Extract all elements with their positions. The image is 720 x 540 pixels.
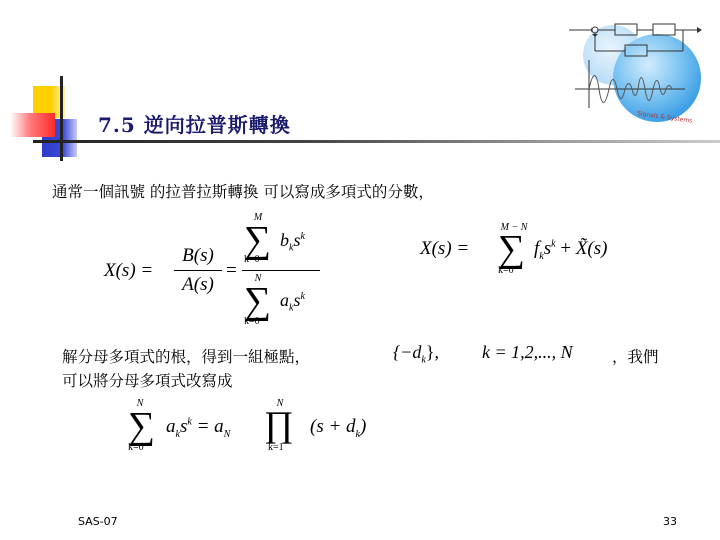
eq2-x-tilde: X̃ — [576, 238, 588, 259]
eq3-sup: k — [187, 417, 191, 428]
eq1-fraction-bar-1 — [174, 270, 222, 271]
eq1-equals: = — [226, 260, 237, 282]
eq1-num-coef: b — [280, 230, 289, 250]
roots-text-continued: ，我們 — [612, 345, 659, 367]
eq3-pi: ∏ — [264, 406, 294, 442]
title-decoration-red — [10, 113, 55, 137]
roots-text: 解分母多項式的根，得到一組極點， — [62, 345, 310, 367]
eq1-den-sup: k — [300, 291, 304, 302]
eq2-lower-limit: k=0 — [498, 265, 514, 276]
eq2-plus: + — [560, 238, 571, 259]
eq1-den-coef: a — [280, 290, 289, 310]
eq3-prod-lower: k=1 — [268, 442, 284, 453]
eq3-sum-lower: k=0 — [128, 442, 144, 453]
eq3-equals-aN: = a — [197, 416, 224, 437]
eq2-sup: k — [551, 239, 555, 250]
footer-course-code: SAS-07 — [78, 515, 118, 528]
eq1-den-lower-limit: k=0 — [244, 316, 260, 327]
eq2-lhs: X(s) = — [420, 238, 469, 260]
signals-systems-logo: Signals & Systems — [565, 12, 715, 132]
equation-factored-denominator: N ∑ k=0 aksk = aN N ∏ k=1 (s + dk) — [124, 398, 404, 464]
eq3-factor: (s + d — [310, 416, 356, 437]
slide-title: 7.5 逆向拉普斯轉換 — [98, 109, 291, 138]
eq1-num-lower-limit: k=0 — [244, 254, 260, 265]
roots-set-open: {−d — [393, 342, 421, 362]
equation-rational-form: X(s) = B(s) A(s) = M ∑ k=0 bksk N ∑ k=0 … — [104, 210, 334, 330]
eq3-factor-close: ) — [360, 416, 366, 437]
eq3-sigma: ∑ — [128, 407, 155, 445]
roots-set: {−dk}, — [393, 342, 439, 366]
title-vertical-rule — [60, 76, 63, 161]
equation-polynomial-plus-remainder: X(s) = M − N ∑ k=0 fksk + X̃(s) — [420, 220, 650, 280]
eq3-aN-sub: N — [224, 429, 231, 440]
rewrite-text: 可以將分母多項式改寫成 — [62, 369, 233, 391]
eq2-sigma: ∑ — [498, 230, 525, 268]
eq2-tail: (s) — [587, 238, 607, 259]
eq1-fraction-bar-2 — [242, 270, 320, 271]
eq1-numerator-b: B(s) — [174, 245, 222, 267]
page-number: 33 — [663, 515, 677, 528]
eq1-denominator-a: A(s) — [174, 274, 222, 296]
intro-text: 通常一個訊號 的拉普拉斯轉換 可以寫成多項式的分數， — [52, 180, 434, 202]
eq1-lhs: X(s) = — [104, 260, 153, 281]
eq1-num-sup: k — [300, 231, 304, 242]
roots-index-range: k = 1,2,..., N — [482, 342, 573, 363]
eq1-den-sigma: ∑ — [244, 282, 271, 320]
title-horizontal-rule — [33, 140, 720, 143]
roots-set-close: }, — [426, 342, 439, 362]
eq3-coef: a — [166, 416, 176, 437]
